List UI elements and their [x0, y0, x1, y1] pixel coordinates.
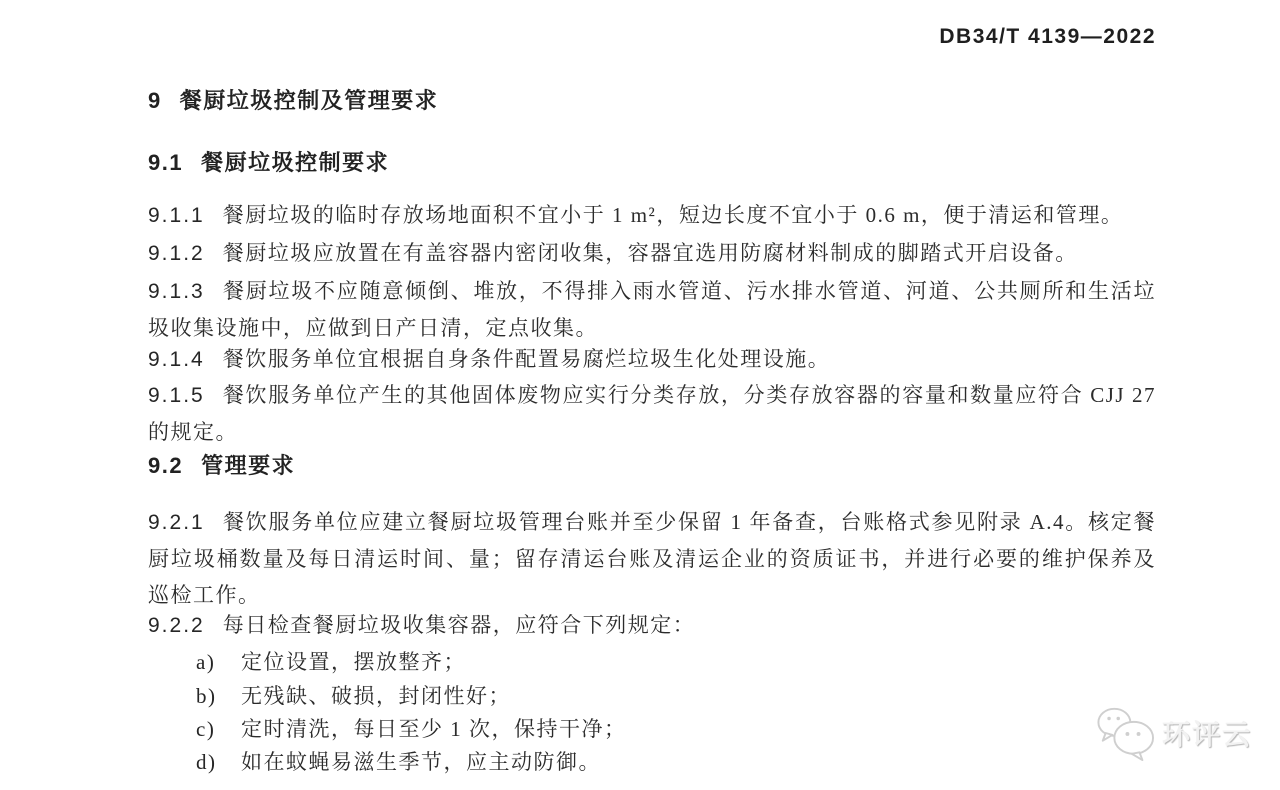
list-item-b: b)无残缺、破损，封闭性好；	[196, 679, 1156, 713]
clause-9-2-2: 9.2.2每日检查餐厨垃圾收集容器，应符合下列规定：	[148, 607, 1156, 644]
chapter-title: 餐厨垃圾控制及管理要求	[180, 88, 439, 113]
clause-number: 9.1.5	[148, 384, 205, 407]
clause-text: 餐厨垃圾应放置在有盖容器内密闭收集，容器宜选用防腐材料制成的脚踏式开启设备。	[223, 241, 1078, 265]
list-marker: a)	[196, 645, 241, 679]
clause-text: 餐饮服务单位宜根据自身条件配置易腐烂垃圾生化处理设施。	[223, 347, 831, 371]
list-marker: c)	[196, 712, 241, 746]
watermark: 环评云	[1094, 704, 1252, 762]
wechat-logo-icon	[1094, 704, 1156, 762]
clause-9-1-1: 9.1.1餐厨垃圾的临时存放场地面积不宜小于 1 m²，短边长度不宜小于 0.6…	[148, 197, 1156, 234]
watermark-label: 环评云	[1162, 713, 1252, 753]
list-marker: b)	[196, 679, 241, 713]
clause-number: 9.1.2	[148, 242, 205, 265]
clause-number: 9.1.1	[148, 204, 205, 227]
clause-9-1-2: 9.1.2餐厨垃圾应放置在有盖容器内密闭收集，容器宜选用防腐材料制成的脚踏式开启…	[148, 235, 1156, 272]
section-9-1-title: 餐厨垃圾控制要求	[201, 150, 389, 175]
standard-number: DB34/T 4139—2022	[939, 25, 1156, 49]
list-text: 定时清洗，每日至少 1 次，保持干净；	[241, 717, 627, 741]
chapter-heading: 9餐厨垃圾控制及管理要求	[148, 84, 1156, 115]
clause-number: 9.1.3	[148, 280, 205, 303]
clause-number: 9.2.2	[148, 614, 205, 637]
chapter-number: 9	[148, 88, 162, 114]
list-text: 无残缺、破损，封闭性好；	[241, 684, 511, 708]
clause-text: 餐饮服务单位应建立餐厨垃圾管理台账并至少保留 1 年备查，台账格式参见附录 A.…	[148, 510, 1156, 607]
list-text: 定位设置，摆放整齐；	[241, 650, 466, 674]
section-9-1-heading: 9.1餐厨垃圾控制要求	[148, 146, 1156, 177]
clause-text: 餐饮服务单位产生的其他固体废物应实行分类存放，分类存放容器的容量和数量应符合 C…	[148, 383, 1156, 444]
clause-text: 每日检查餐厨垃圾收集容器，应符合下列规定：	[223, 613, 696, 637]
clause-number: 9.2.1	[148, 511, 205, 534]
list-item-a: a)定位设置，摆放整齐；	[196, 645, 1156, 679]
clause-9-2-1: 9.2.1餐饮服务单位应建立餐厨垃圾管理台账并至少保留 1 年备查，台账格式参见…	[148, 504, 1156, 613]
clause-text: 餐厨垃圾不应随意倾倒、堆放，不得排入雨水管道、污水排水管道、河道、公共厕所和生活…	[148, 279, 1156, 340]
list-item-d: d)如在蚊蝇易滋生季节，应主动防御。	[196, 745, 1156, 779]
list-marker: d)	[196, 745, 241, 779]
list-text: 如在蚊蝇易滋生季节，应主动防御。	[241, 750, 601, 774]
section-9-2-title: 管理要求	[201, 453, 295, 478]
clause-number: 9.1.4	[148, 348, 205, 371]
list-item-c: c)定时清洗，每日至少 1 次，保持干净；	[196, 712, 1156, 746]
clause-9-1-3: 9.1.3餐厨垃圾不应随意倾倒、堆放，不得排入雨水管道、污水排水管道、河道、公共…	[148, 273, 1156, 346]
section-9-2-number: 9.2	[148, 453, 183, 479]
clause-text: 餐厨垃圾的临时存放场地面积不宜小于 1 m²，短边长度不宜小于 0.6 m，便于…	[223, 203, 1124, 227]
clause-9-1-5: 9.1.5餐饮服务单位产生的其他固体废物应实行分类存放，分类存放容器的容量和数量…	[148, 377, 1156, 450]
section-9-2-heading: 9.2管理要求	[148, 449, 1156, 480]
document-page: DB34/T 4139—2022 9餐厨垃圾控制及管理要求 9.1餐厨垃圾控制要…	[0, 0, 1280, 790]
clause-9-1-4: 9.1.4餐饮服务单位宜根据自身条件配置易腐烂垃圾生化处理设施。	[148, 341, 1156, 378]
section-9-1-number: 9.1	[148, 150, 183, 176]
